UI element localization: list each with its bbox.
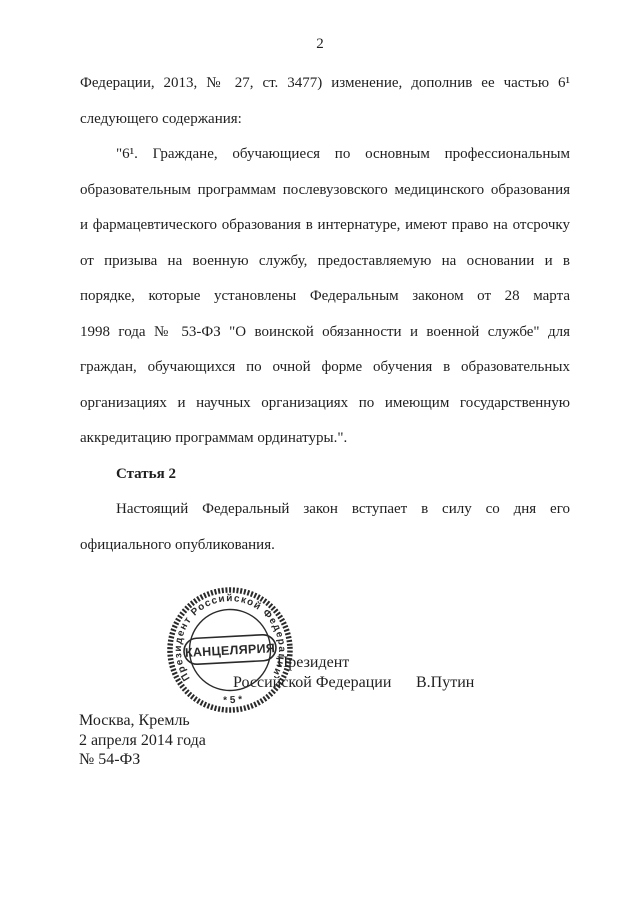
page-number: 2 [0, 36, 640, 53]
official-seal-stamp: Президент Российской Федерации * 5 * КАН… [162, 582, 299, 719]
document-body: Федерации, 2013, № 27, ст. 3477) изменен… [80, 66, 570, 563]
footer-doc-number: № 54-ФЗ [79, 750, 206, 770]
body-line: Настоящий Федеральный закон вступает в с… [80, 492, 570, 528]
body-line: организациях и научных организациях по и… [80, 386, 570, 422]
body-line: аккредитацию программам ординатуры.". [80, 421, 570, 457]
document-page: 2 Федерации, 2013, № 27, ст. 3477) измен… [0, 0, 640, 905]
footer-block: Москва, Кремль 2 апреля 2014 года № 54-Ф… [79, 711, 206, 770]
body-line: от призыва на военную службу, предоставл… [80, 244, 570, 280]
stamp-center-text: КАНЦЕЛЯРИЯ [185, 641, 276, 660]
stamp-bottom-text: * 5 * [223, 694, 243, 706]
article-heading: Статья 2 [80, 457, 570, 493]
body-line: "6¹. Граждане, обучающиеся по основным п… [80, 137, 570, 173]
body-line: граждан, обучающихся по очной форме обуч… [80, 350, 570, 386]
body-line: и фармацевтического образования в интерн… [80, 208, 570, 244]
body-line: следующего содержания: [80, 102, 570, 138]
seal-icon: Президент Российской Федерации * 5 * КАН… [162, 582, 299, 719]
signature-name: В.Путин [416, 674, 474, 692]
body-line: образовательным программам послевузовско… [80, 173, 570, 209]
body-line: порядке, которые установлены Федеральным… [80, 279, 570, 315]
body-line: Федерации, 2013, № 27, ст. 3477) изменен… [80, 66, 570, 102]
body-line: официального опубликования. [80, 528, 570, 564]
footer-date: 2 апреля 2014 года [79, 731, 206, 751]
body-line: 1998 года № 53-ФЗ "О воинской обязанност… [80, 315, 570, 351]
footer-place: Москва, Кремль [79, 711, 206, 731]
